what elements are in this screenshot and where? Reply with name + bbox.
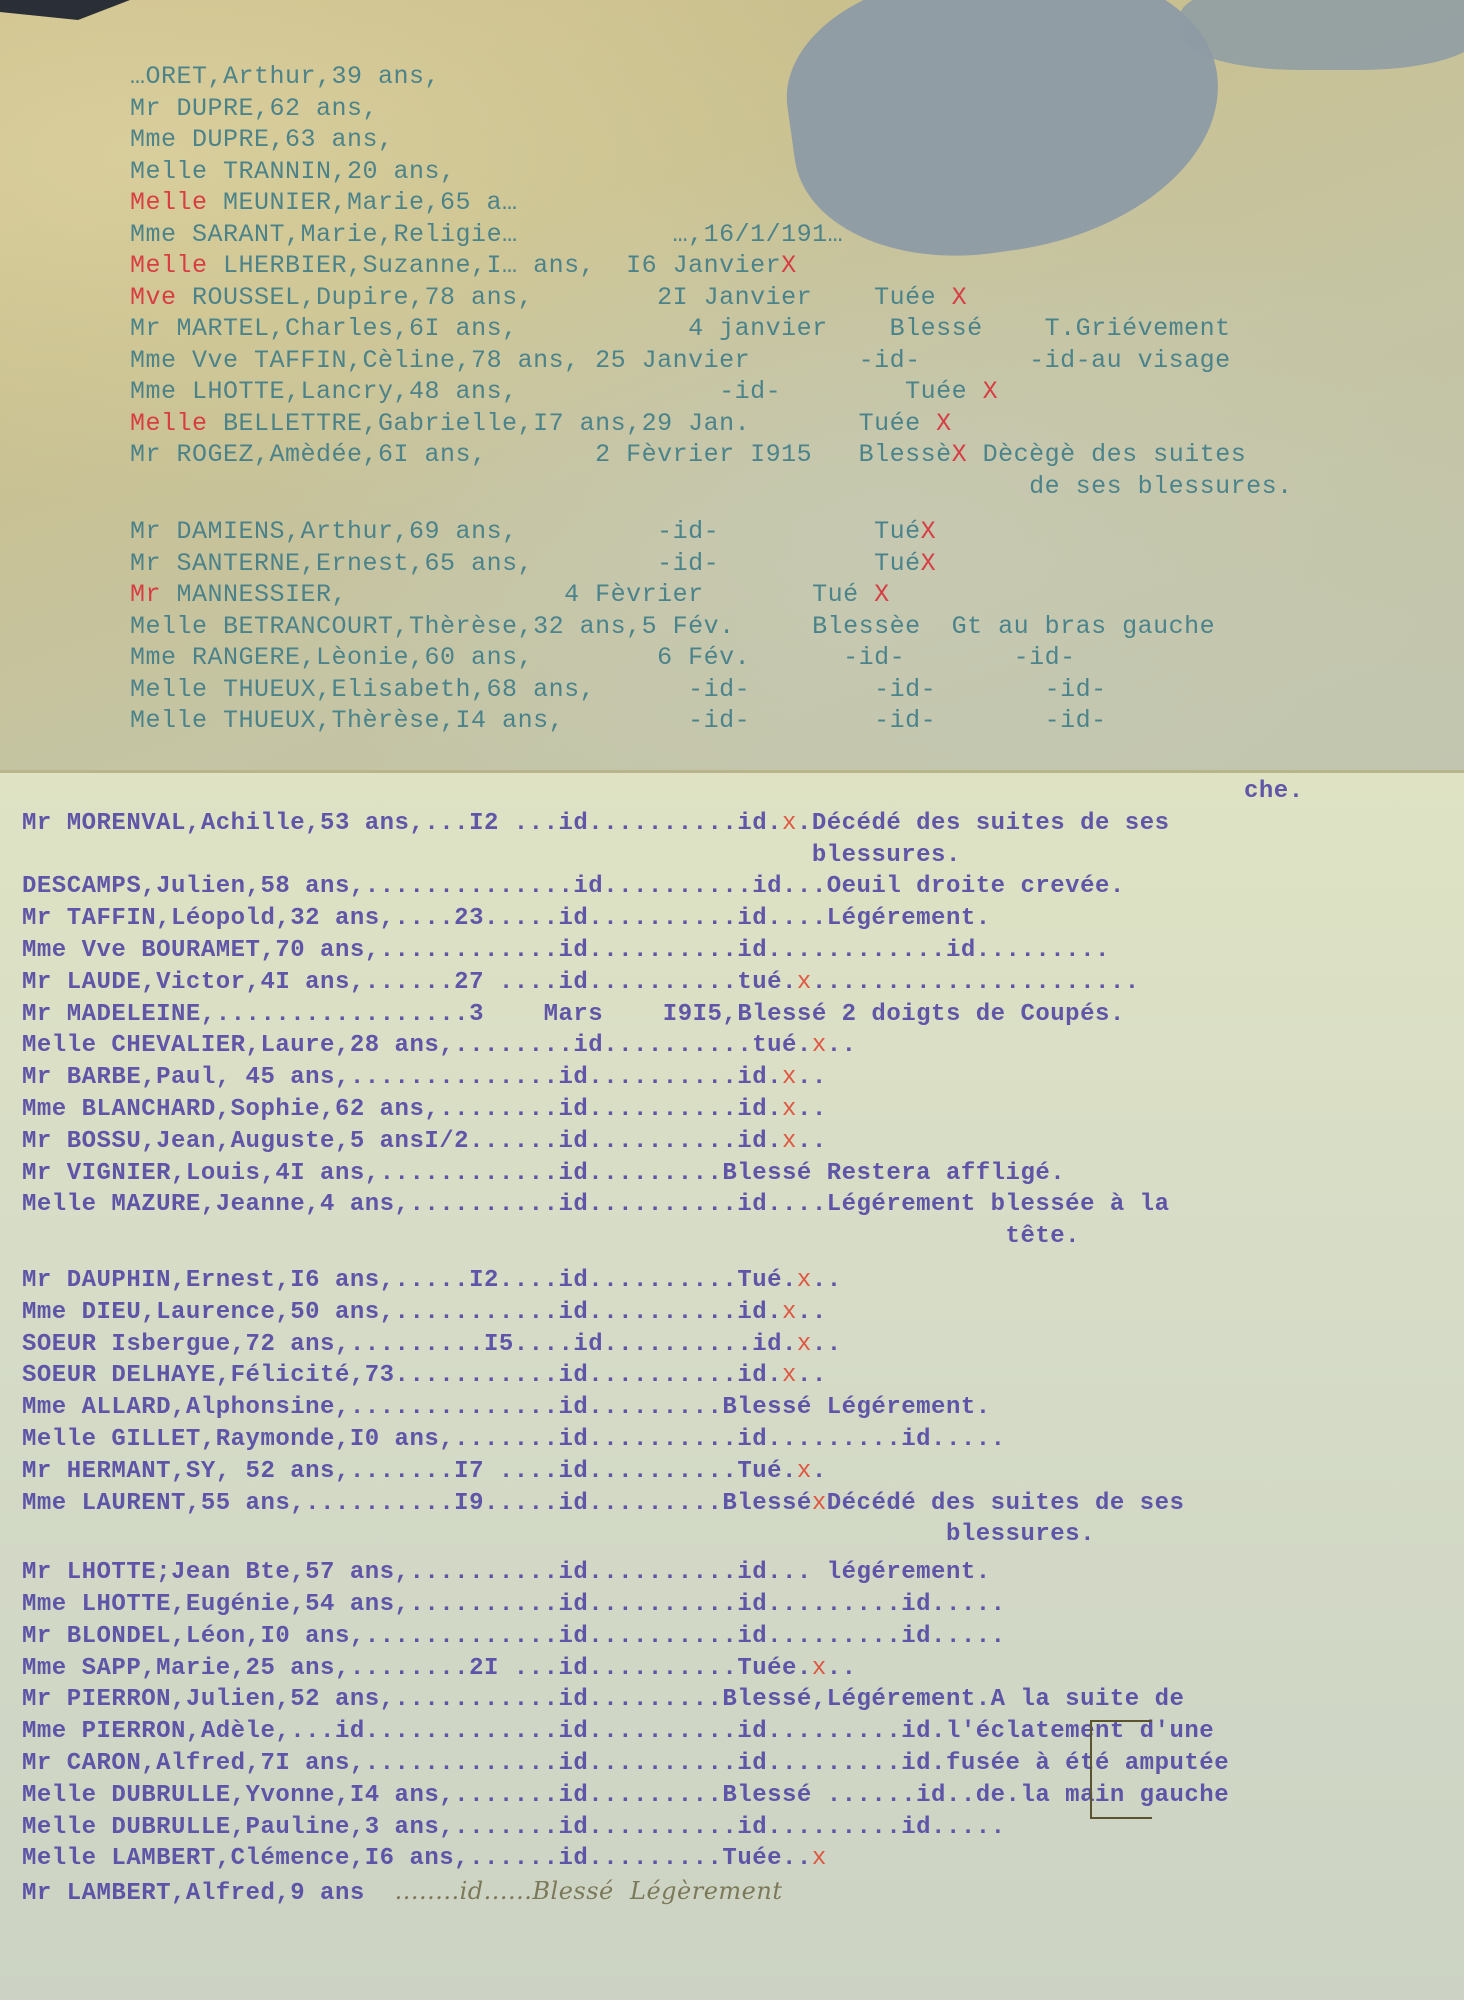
- list-entry: Mme SAPP,Marie,25 ans,........2I ...id..…: [22, 1655, 857, 1682]
- list-entry: Mr VIGNIER,Louis,4I ans,............id..…: [22, 1160, 1065, 1187]
- red-cross-mark: X: [936, 409, 952, 438]
- entry-text: Mr HERMANT,SY, 52 ans,.......I7 ....id..…: [22, 1458, 797, 1485]
- list-entry: Mr BLONDEL,Léon,I0 ans,.............id..…: [22, 1623, 1006, 1650]
- top-document-sheet: …ORET,Arthur,39 ans,Mr DUPRE,62 ans,Mme …: [0, 0, 1464, 770]
- list-entry: Melle GILLET,Raymonde,I0 ans,.......id..…: [22, 1426, 1006, 1453]
- civil-title: Mr: [130, 94, 161, 123]
- entry-text: BELLETTRE,Gabrielle,I7 ans,29 Jan. Tuée: [208, 409, 937, 438]
- civil-title: Melle: [130, 188, 208, 217]
- civil-title: Melle: [130, 251, 208, 280]
- entry-note: ..: [827, 1032, 857, 1059]
- entry-note: ..: [812, 1267, 842, 1294]
- red-cross-mark: x: [797, 969, 812, 996]
- civil-title: Mme: [130, 377, 177, 406]
- list-entry: Melle DUBRULLE,Pauline,3 ans,.......id..…: [22, 1814, 1006, 1841]
- entry-text: ROGEZ,Amèdée,6I ans, 2 Fèvrier I915 Bles…: [161, 440, 952, 469]
- entry-text: Mr LAMBERT,Alfred,9 ans: [22, 1880, 395, 1907]
- red-cross-mark: X: [952, 440, 968, 469]
- entry-text: Melle GILLET,Raymonde,I0 ans,.......id..…: [22, 1426, 1006, 1453]
- red-cross-mark: x: [812, 1490, 827, 1517]
- entry-text: tête.: [22, 1223, 1080, 1250]
- red-cross-mark: x: [782, 1064, 797, 1091]
- entry-text: SANTERNE,Ernest,65 ans, -id- Tué: [161, 549, 921, 578]
- entry-text: Mme LHOTTE,Eugénie,54 ans,..........id..…: [22, 1591, 1006, 1618]
- entry-text: Mr BLONDEL,Léon,I0 ans,.............id..…: [22, 1623, 1006, 1650]
- entry-text: MANNESSIER, 4 Fèvrier Tué: [161, 580, 874, 609]
- tape-patch-right: [1180, 0, 1464, 70]
- list-entry: Melle DUBRULLE,Yvonne,I4 ans,.......id..…: [22, 1782, 1229, 1809]
- list-entry: Mr MANNESSIER, 4 Fèvrier Tué X: [130, 580, 890, 609]
- entry-text: Mr CARON,Alfred,7I ans,.............id..…: [22, 1750, 1229, 1777]
- civil-title: Melle: [130, 409, 208, 438]
- entry-text: blessures.: [22, 1521, 1095, 1548]
- list-entry: Mme LHOTTE,Lancry,48 ans, -id- Tuée X: [130, 377, 998, 406]
- list-entry: SOEUR Isbergue,72 ans,.........I5....id.…: [22, 1331, 842, 1358]
- entry-text: LHOTTE,Lancry,48 ans, -id- Tuée: [177, 377, 983, 406]
- list-entry: Melle MAZURE,Jeanne,4 ans,..........id..…: [22, 1191, 1169, 1218]
- entry-text: Mme ALLARD,Alphonsine,..............id..…: [22, 1394, 991, 1421]
- entry-text: Melle DUBRULLE,Yvonne,I4 ans,.......id..…: [22, 1782, 1229, 1809]
- entry-text: SOEUR Isbergue,72 ans,.........I5....id.…: [22, 1331, 797, 1358]
- entry-text: TRANNIN,20 ans,: [208, 157, 456, 186]
- entry-text: BETRANCOURT,Thèrèse,32 ans,5 Fév. Blessè…: [208, 612, 1216, 641]
- entry-text: Melle DUBRULLE,Pauline,3 ans,.......id..…: [22, 1814, 1006, 1841]
- list-entry: Mr PIERRON,Julien,52 ans,...........id..…: [22, 1686, 1184, 1713]
- entry-note: Décédé des suites de ses: [827, 1490, 1185, 1517]
- list-entry: Mr MORENVAL,Achille,53 ans,...I2 ...id..…: [22, 810, 1170, 837]
- entry-note: .: [812, 1458, 827, 1485]
- red-cross-mark: X: [921, 549, 937, 578]
- list-entry: Mr LAMBERT,Alfred,9 ans ........id......…: [22, 1877, 782, 1907]
- entry-text: Mr MADELEINE,.................3 Mars I9I…: [22, 1001, 1125, 1028]
- entry-note: ..: [827, 1655, 857, 1682]
- civil-title: Mme: [130, 220, 177, 249]
- entry-text: DUPRE,62 ans,: [161, 94, 378, 123]
- list-entry: Melle MEUNIER,Marie,65 a…: [130, 188, 518, 217]
- red-cross-mark: x: [797, 1331, 812, 1358]
- civil-title: Mme: [130, 643, 177, 672]
- entry-text: Melle LAMBERT,Clémence,I6 ans,......id..…: [22, 1845, 812, 1872]
- civil-title: Mme: [130, 346, 177, 375]
- list-entry: Melle LHERBIER,Suzanne,I… ans, I6 Janvie…: [130, 251, 797, 280]
- entry-note: ..: [797, 1096, 827, 1123]
- red-cross-mark: X: [952, 283, 968, 312]
- red-cross-mark: x: [782, 1362, 797, 1389]
- red-cross-mark: x: [812, 1032, 827, 1059]
- entry-text: Mr LHOTTE;Jean Bte,57 ans,..........id..…: [22, 1559, 991, 1586]
- red-cross-mark: X: [921, 517, 937, 546]
- list-entry: Mme LHOTTE,Eugénie,54 ans,..........id..…: [22, 1591, 1006, 1618]
- list-entry: SOEUR DELHAYE,Félicité,73...........id..…: [22, 1362, 827, 1389]
- red-cross-mark: x: [797, 1267, 812, 1294]
- bottom-document-sheet: che.Mr MORENVAL,Achille,53 ans,...I2 ...…: [0, 770, 1464, 2000]
- list-entry: Mme PIERRON,Adèle,...id.............id..…: [22, 1718, 1214, 1745]
- entry-note: ......................: [812, 969, 1140, 996]
- entry-note: ..: [797, 1299, 827, 1326]
- entry-note: ..: [812, 1331, 842, 1358]
- list-entry: Mr TAFFIN,Léopold,32 ans,....23.....id..…: [22, 905, 991, 932]
- list-entry: Mr MARTEL,Charles,6I ans, 4 janvier Bles…: [130, 314, 1231, 343]
- list-entry: Mme RANGERE,Lèonie,60 ans, 6 Fév. -id- -…: [130, 643, 1076, 672]
- entry-text: Mme Vve BOURAMET,70 ans,............id..…: [22, 937, 1110, 964]
- list-entry: Mr MADELEINE,.................3 Mars I9I…: [22, 1001, 1125, 1028]
- list-entry: Mr BOSSU,Jean,Auguste,5 ansI/2......id..…: [22, 1128, 827, 1155]
- civil-title: Mme: [130, 125, 177, 154]
- list-entry: che.: [22, 778, 1304, 805]
- list-entry: Melle LAMBERT,Clémence,I6 ans,......id..…: [22, 1845, 827, 1872]
- entry-note: Dècègè des suites: [967, 440, 1246, 469]
- entry-text: Melle CHEVALIER,Laure,28 ans,........id.…: [22, 1032, 812, 1059]
- entry-text: Mr VIGNIER,Louis,4I ans,............id..…: [22, 1160, 1065, 1187]
- torn-corner: [0, 0, 130, 20]
- list-entry: Mme ALLARD,Alphonsine,..............id..…: [22, 1394, 991, 1421]
- civil-title: Mr: [130, 314, 161, 343]
- entry-text: Mr LAUDE,Victor,4I ans,......27 ....id..…: [22, 969, 797, 996]
- list-entry: tête.: [22, 1223, 1080, 1250]
- entry-note: ..: [797, 1128, 827, 1155]
- list-entry: …ORET,Arthur,39 ans,: [130, 62, 440, 91]
- list-entry: Mr LHOTTE;Jean Bte,57 ans,..........id..…: [22, 1559, 991, 1586]
- entry-text: MARTEL,Charles,6I ans, 4 janvier Blessé …: [161, 314, 1231, 343]
- list-entry: Melle BELLETTRE,Gabrielle,I7 ans,29 Jan.…: [130, 409, 952, 438]
- list-entry: blessures.: [22, 842, 961, 869]
- entry-text: DUPRE,63 ans,: [177, 125, 394, 154]
- entry-text: Mme SAPP,Marie,25 ans,........2I ...id..…: [22, 1655, 812, 1682]
- entry-text: Mme BLANCHARD,Sophie,62 ans,........id..…: [22, 1096, 782, 1123]
- list-entry: Mve ROUSSEL,Dupire,78 ans, 2I Janvier Tu…: [130, 283, 967, 312]
- list-entry: Mr LAUDE,Victor,4I ans,......27 ....id..…: [22, 969, 1140, 996]
- entry-text: Mr MORENVAL,Achille,53 ans,...I2 ...id..…: [22, 810, 782, 837]
- list-entry: Mr HERMANT,SY, 52 ans,.......I7 ....id..…: [22, 1458, 827, 1485]
- list-entry: DESCAMPS,Julien,58 ans,..............id.…: [22, 873, 1125, 900]
- list-entry: Melle THUEUX,Elisabeth,68 ans, -id- -id-…: [130, 675, 1107, 704]
- list-entry: Mme SARANT,Marie,Religie… …,16/1/191…: [130, 220, 843, 249]
- entry-text: THUEUX,Elisabeth,68 ans, -id- -id- -id-: [208, 675, 1107, 704]
- list-entry: Mr CARON,Alfred,7I ans,.............id..…: [22, 1750, 1229, 1777]
- list-entry: Mr ROGEZ,Amèdée,6I ans, 2 Fèvrier I915 B…: [130, 440, 1246, 469]
- entry-text: RANGERE,Lèonie,60 ans, 6 Fév. -id- -id-: [177, 643, 1076, 672]
- entry-text: SARANT,Marie,Religie… …,16/1/191…: [177, 220, 844, 249]
- entry-text: SOEUR DELHAYE,Félicité,73...........id..…: [22, 1362, 782, 1389]
- entry-note: ..: [797, 1362, 827, 1389]
- entry-text: Vve TAFFIN,Cèline,78 ans, 25 Janvier -id…: [177, 346, 1231, 375]
- red-cross-mark: x: [782, 810, 797, 837]
- list-entry: Mme DIEU,Laurence,50 ans,...........id..…: [22, 1299, 827, 1326]
- list-entry: Mme Vve TAFFIN,Cèline,78 ans, 25 Janvier…: [130, 346, 1231, 375]
- list-entry: Mme Vve BOURAMET,70 ans,............id..…: [22, 937, 1110, 964]
- red-cross-mark: x: [812, 1845, 827, 1872]
- entry-text: blessures.: [22, 842, 961, 869]
- red-cross-mark: x: [782, 1096, 797, 1123]
- list-entry: Mr DAMIENS,Arthur,69 ans, -id- TuéX: [130, 517, 936, 546]
- entry-text: Mr TAFFIN,Léopold,32 ans,....23.....id..…: [22, 905, 991, 932]
- list-entry: Mr BARBE,Paul, 45 ans,..............id..…: [22, 1064, 827, 1091]
- red-cross-mark: X: [983, 377, 999, 406]
- entry-text: LHERBIER,Suzanne,I… ans, I6 Janvier: [208, 251, 782, 280]
- civil-title: Melle: [130, 157, 208, 186]
- entry-text: MEUNIER,Marie,65 a…: [208, 188, 518, 217]
- handwritten-note: ........id......Blessé Légèrement: [395, 1877, 783, 1905]
- list-entry: Mme DUPRE,63 ans,: [130, 125, 394, 154]
- list-entry: Melle BETRANCOURT,Thèrèse,32 ans,5 Fév. …: [130, 612, 1215, 641]
- civil-title: Mr: [130, 517, 161, 546]
- civil-title: Mr: [130, 440, 161, 469]
- list-entry: Mr SANTERNE,Ernest,65 ans, -id- TuéX: [130, 549, 936, 578]
- list-entry: de ses blessures.: [130, 472, 1293, 501]
- civil-title: Melle: [130, 706, 208, 735]
- entry-text: DAMIENS,Arthur,69 ans, -id- Tué: [161, 517, 921, 546]
- civil-title: Mr: [130, 580, 161, 609]
- red-cross-mark: X: [874, 580, 890, 609]
- list-entry: Mme LAURENT,55 ans,..........I9.....id..…: [22, 1490, 1184, 1517]
- list-entry: Melle CHEVALIER,Laure,28 ans,........id.…: [22, 1032, 857, 1059]
- entry-note: ..: [797, 1064, 827, 1091]
- civil-title: Mve: [130, 283, 177, 312]
- civil-title: Melle: [130, 675, 208, 704]
- list-entry: Melle THUEUX,Thèrèse,I4 ans, -id- -id- -…: [130, 706, 1107, 735]
- list-entry: Mme BLANCHARD,Sophie,62 ans,........id..…: [22, 1096, 827, 1123]
- entry-text: Mr DAUPHIN,Ernest,I6 ans,.....I2....id..…: [22, 1267, 797, 1294]
- civil-title: Melle: [130, 612, 208, 641]
- handwritten-bracket: [1090, 1720, 1152, 1819]
- entry-text: Mr BARBE,Paul, 45 ans,..............id..…: [22, 1064, 782, 1091]
- red-cross-mark: x: [812, 1655, 827, 1682]
- civil-title: Mr: [130, 549, 161, 578]
- entry-text: che.: [22, 778, 1304, 805]
- list-entry: blessures.: [22, 1521, 1095, 1548]
- list-entry: Melle TRANNIN,20 ans,: [130, 157, 456, 186]
- entry-text: ROUSSEL,Dupire,78 ans, 2I Janvier Tuée: [177, 283, 952, 312]
- entry-text: Mr PIERRON,Julien,52 ans,...........id..…: [22, 1686, 1184, 1713]
- entry-text: Mme LAURENT,55 ans,..........I9.....id..…: [22, 1490, 812, 1517]
- red-cross-mark: x: [782, 1299, 797, 1326]
- entry-text: Melle MAZURE,Jeanne,4 ans,..........id..…: [22, 1191, 1169, 1218]
- entry-text: Mme DIEU,Laurence,50 ans,...........id..…: [22, 1299, 782, 1326]
- entry-text: Mme PIERRON,Adèle,...id.............id..…: [22, 1718, 1214, 1745]
- entry-note: .Décédé des suites de ses: [797, 810, 1170, 837]
- entry-text: THUEUX,Thèrèse,I4 ans, -id- -id- -id-: [208, 706, 1107, 735]
- red-cross-mark: X: [781, 251, 797, 280]
- entry-text: Mr BOSSU,Jean,Auguste,5 ansI/2......id..…: [22, 1128, 782, 1155]
- list-entry: Mr DAUPHIN,Ernest,I6 ans,.....I2....id..…: [22, 1267, 842, 1294]
- red-cross-mark: x: [797, 1458, 812, 1485]
- entry-text: …ORET,Arthur,39 ans,: [130, 62, 440, 91]
- entry-text: de ses blessures.: [130, 472, 1293, 501]
- list-entry: Mr DUPRE,62 ans,: [130, 94, 378, 123]
- red-cross-mark: x: [782, 1128, 797, 1155]
- entry-text: DESCAMPS,Julien,58 ans,..............id.…: [22, 873, 1125, 900]
